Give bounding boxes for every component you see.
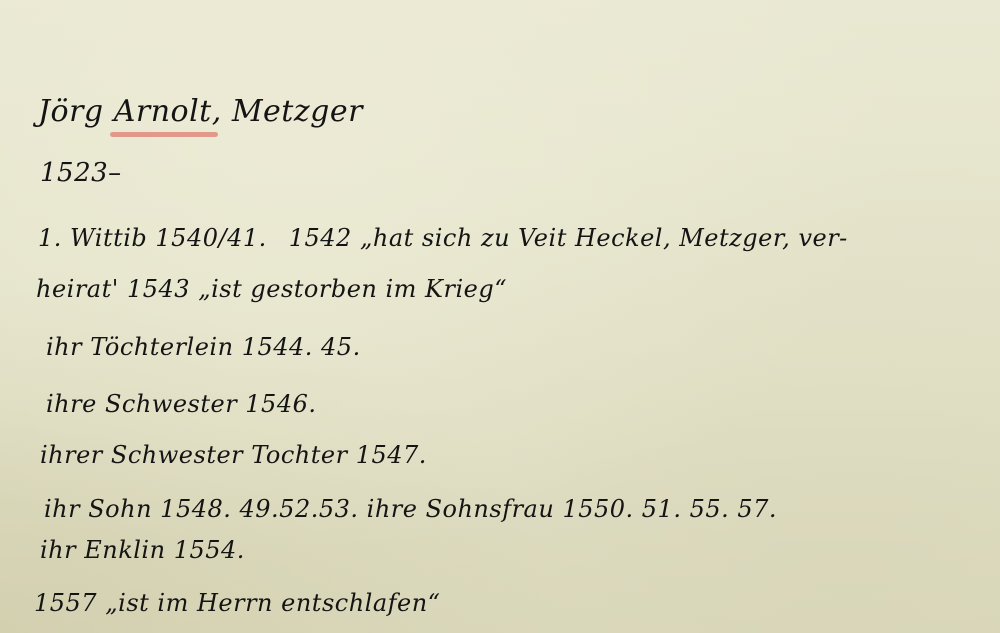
entry-line-6: ihr Sohn 1548. 49.52.53. ihre Sohnsfrau … xyxy=(44,497,777,521)
entry-line-3: ihr Töchterlein 1544. 45. xyxy=(46,335,361,359)
entry-line-2: heirat' 1543 „ist gestorben im Krieg“ xyxy=(36,277,507,301)
occupation: Metzger xyxy=(232,94,363,129)
entry-line-4: ihre Schwester 1546. xyxy=(46,392,317,416)
entry-line-5: ihrer Schwester Tochter 1547. xyxy=(40,443,427,467)
card-title: Jörg Arnolt, Metzger xyxy=(38,97,363,127)
entry-widow: 1. Wittib 1540/41. xyxy=(38,224,267,252)
surname-underlined: Arnolt xyxy=(114,97,212,127)
entry-line-7: ihr Enklin 1554. xyxy=(40,538,245,562)
title-separator: , xyxy=(212,94,222,129)
entry-line-8: 1557 „ist im Herrn entschlafen“ xyxy=(34,591,440,615)
entry-remarriage: 1542 „hat sich zu Veit Heckel, Metzger, … xyxy=(289,224,848,252)
entry-line-1: 1. Wittib 1540/41.1542 „hat sich zu Veit… xyxy=(38,226,848,250)
index-card: Jörg Arnolt, Metzger 1523– 1. Wittib 154… xyxy=(0,0,1000,633)
first-year: 1523– xyxy=(40,160,122,186)
given-name: Jörg xyxy=(38,94,104,129)
